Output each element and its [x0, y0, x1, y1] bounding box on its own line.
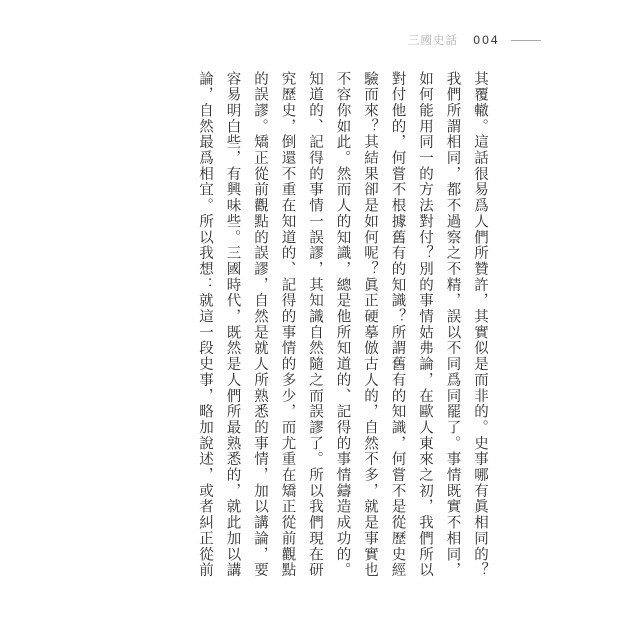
text-column: 其覆轍。這話很易爲人們所贊許，其實似是而非的。史事哪有眞相同的？ [466, 71, 494, 583]
text-column: 如何能用同一的方法對付？別的事情姑弗論，在歐人東來之初，我們所以 [411, 71, 439, 583]
page-number: 004 [473, 33, 499, 47]
text-column: 對付他的，何嘗不根據舊有的知識？所謂舊有的知識，何嘗不是從歷史經 [383, 71, 411, 583]
text-column: 容易明白些，有興味些。三國時代，既然是人們所最熟悉的，就此加以講 [218, 71, 246, 583]
running-header: 三國史話 004 [408, 33, 541, 47]
text-column: 究歷史，倒還不重在知道的、記得的事情的多少，而尤重在矯正從前觀點 [273, 71, 301, 583]
text-column: 的誤謬。矯正從前觀點的誤謬，自然是就人所熟悉的事情，加以講論，要 [246, 71, 274, 583]
text-column: 論，自然最爲相宜。所以我想：就這一段史事，略加說述，或者糾正從前 [191, 71, 219, 583]
text-column: 我們所謂相同，都不過察之不精，誤以不同爲同罷了。事情既實不相同， [438, 71, 466, 583]
book-page: 三國史話 004 其覆轍。這話很易爲人們所贊許，其實似是而非的。史事哪有眞相同的… [0, 0, 640, 640]
book-title: 三國史話 [408, 32, 458, 48]
text-column: 不容你如此。然而人的知識，總是他所知道的、記得的事情鑄造成功的。 [328, 71, 356, 583]
header-rule-divider [511, 40, 541, 41]
text-column: 知道的、記得的事情一誤謬，其知識自然隨之而誤謬了。所以我們現在研 [301, 71, 329, 583]
text-column: 驗而來？其結果卻是如何呢？眞正硬摹倣古人的，自然不多，就是事實也 [356, 71, 384, 583]
vertical-text-block: 其覆轍。這話很易爲人們所贊許，其實似是而非的。史事哪有眞相同的？ 我們所謂相同，… [191, 71, 494, 583]
